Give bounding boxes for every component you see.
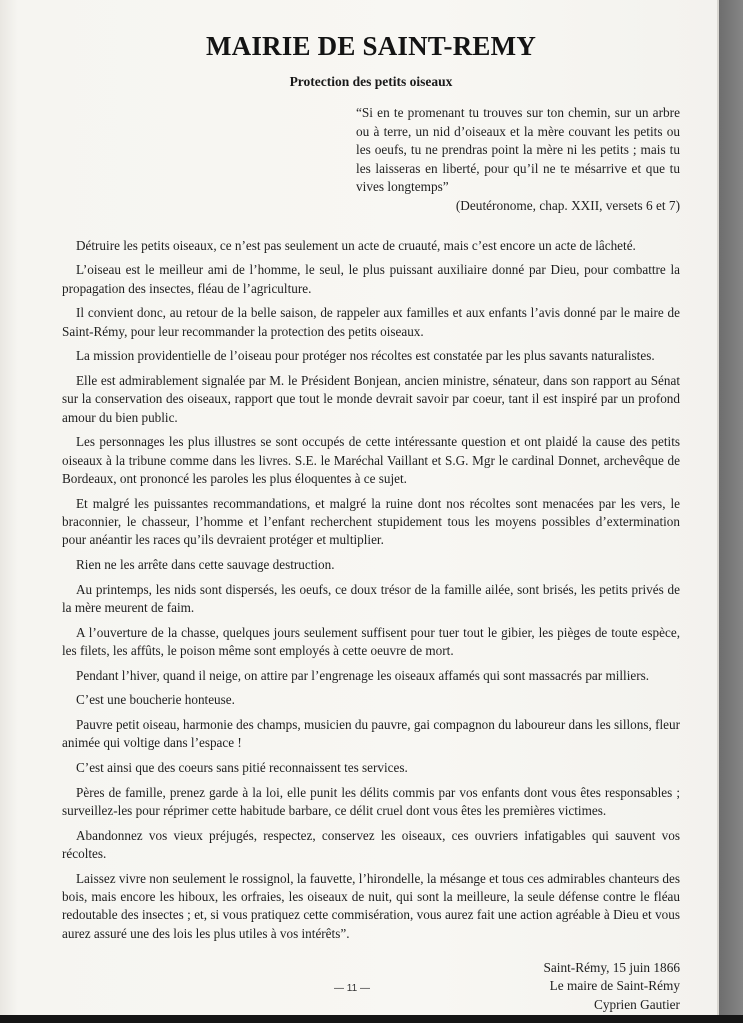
paragraph: Elle est admirablement signalée par M. l… [62,372,680,427]
adjacent-page-edge [719,0,743,1015]
paragraph: Il convient donc, au retour de la belle … [62,304,680,340]
paragraph: Pères de famille, prenez garde à la loi,… [62,784,680,820]
epigraph: “Si en te promenant tu trouves sur ton c… [356,104,680,216]
paragraph: C’est ainsi que des coeurs sans pitié re… [62,759,680,777]
paragraph: L’oiseau est le meilleur ami de l’homme,… [62,261,680,297]
signature-place-date: Saint-Rémy, 15 juin 1866 [62,959,680,977]
scanner-bottom-edge [0,1015,743,1023]
paragraph: C’est une boucherie honteuse. [62,691,680,709]
paragraph: Les personnages les plus illustres se so… [62,433,680,488]
page-title: MAIRIE DE SAINT-REMY [62,30,680,62]
signature-block: Saint-Rémy, 15 juin 1866 Le maire de Sai… [62,959,680,1014]
epigraph-source: (Deutéronome, chap. XXII, versets 6 et 7… [356,197,680,216]
body-text: Détruire les petits oiseaux, ce n’est pa… [62,237,680,943]
paragraph: Détruire les petits oiseaux, ce n’est pa… [62,237,680,255]
paragraph: Pauvre petit oiseau, harmonie des champs… [62,716,680,752]
paragraph: Et malgré les puissantes recommandations… [62,495,680,550]
paragraph: Pendant l’hiver, quand il neige, on atti… [62,667,680,685]
signature-name: Cyprien Gautier [62,996,680,1014]
page-number: — 11 — [334,983,370,994]
page-subtitle: Protection des petits oiseaux [62,74,680,90]
paragraph: La mission providentielle de l’oiseau po… [62,347,680,365]
paragraph: Abandonnez vos vieux préjugés, respectez… [62,827,680,863]
paragraph: Au printemps, les nids sont dispersés, l… [62,581,680,617]
paragraph: A l’ouverture de la chasse, quelques jou… [62,624,680,660]
paragraph: Laissez vivre non seulement le rossignol… [62,870,680,943]
paragraph: Rien ne les arrête dans cette sauvage de… [62,556,680,574]
document-content: MAIRIE DE SAINT-REMY Protection des peti… [62,30,680,1014]
signature-role: Le maire de Saint-Rémy [62,977,680,995]
scanned-page: MAIRIE DE SAINT-REMY Protection des peti… [0,0,743,1023]
epigraph-quote: “Si en te promenant tu trouves sur ton c… [356,104,680,197]
paper-sheet: MAIRIE DE SAINT-REMY Protection des peti… [0,0,719,1015]
